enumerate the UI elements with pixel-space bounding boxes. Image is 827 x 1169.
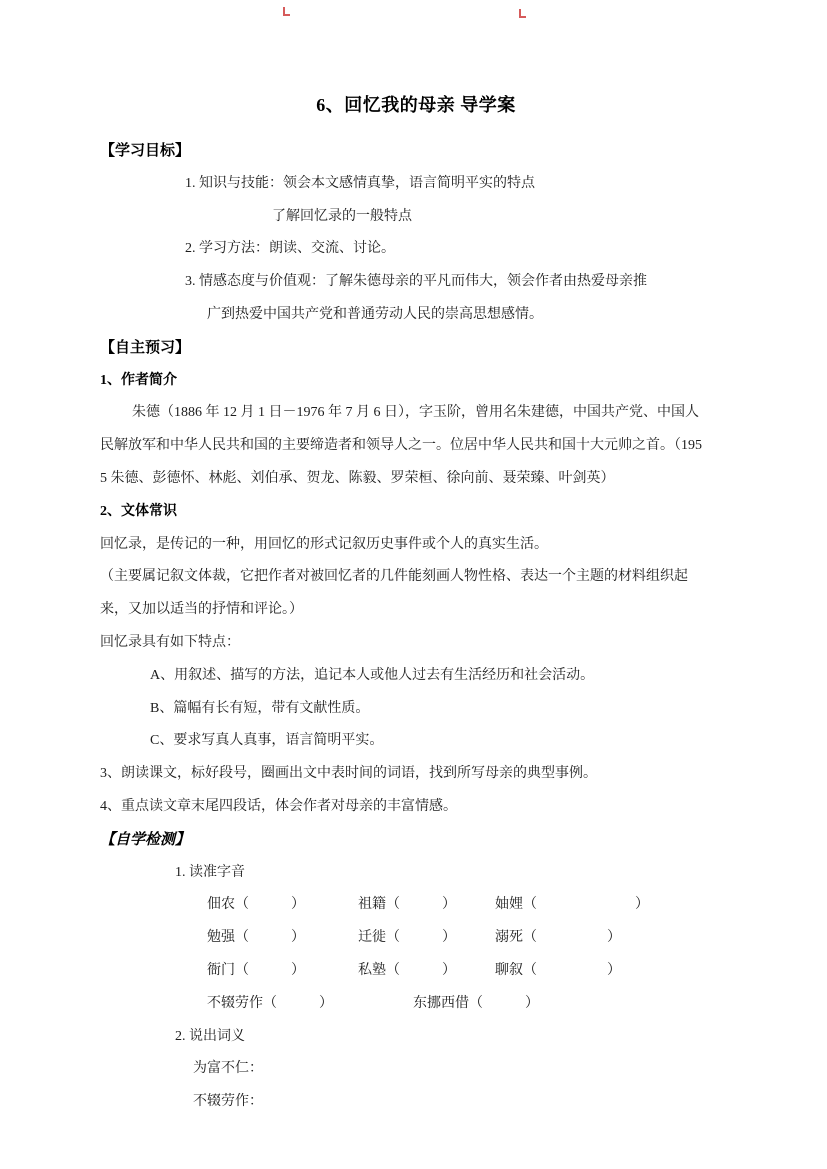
task-item: 3、朗读课文，标好段号，圈画出文中表时间的词语，找到所写母亲的典型事例。 xyxy=(100,758,732,791)
red-annotation-mark-icon xyxy=(283,7,290,16)
paragraph-line: 朱德（1886 年 12 月 1 日－1976 年 7 月 6 日），字玉阶，曾… xyxy=(100,397,732,430)
feature-item-c: C、要求写真人真事，语言简明平实。 xyxy=(100,725,732,758)
vocab-item: 私塾（ ） xyxy=(358,955,456,988)
section-header-learning-goals: 【学习目标】 xyxy=(100,135,732,168)
term-definition-prompt: 为富不仁： xyxy=(100,1053,732,1086)
list-item-continuation: 广到热爱中国共产党和普通劳动人民的崇高思想感情。 xyxy=(100,299,732,332)
document-body: 6、回忆我的母亲 导学案 【学习目标】 1. 知识与技能：领会本文感情真挚，语言… xyxy=(100,89,732,1119)
vocab-item: 祖籍（ ） xyxy=(358,889,456,922)
vocab-item: 勉强（ ） xyxy=(207,922,305,955)
paragraph-line: （主要属记叙文体裁，它把作者对被回忆者的几件能刻画人物性格、表达一个主题的材料组… xyxy=(100,561,732,594)
vocab-item: 衙门（ ） xyxy=(207,955,305,988)
vocab-item: 迁徙（ ） xyxy=(358,922,456,955)
paragraph-line: 民解放军和中华人民共和国的主要缔造者和领导人之一。位居中华人民共和国十大元帅之首… xyxy=(100,430,732,463)
question-heading: 1. 读准字音 xyxy=(100,857,732,890)
list-item: 3. 情感态度与价值观：了解朱德母亲的平凡而伟大，领会作者由热爱母亲推 xyxy=(100,266,732,299)
paragraph-line: 来，又加以适当的抒情和评论。） xyxy=(100,594,732,627)
question-heading: 2. 说出词义 xyxy=(100,1021,732,1054)
page-title: 6、回忆我的母亲 导学案 xyxy=(100,89,732,122)
list-item: 1. 知识与技能：领会本文感情真挚，语言简明平实的特点 xyxy=(100,168,732,201)
vocab-item: 聊叙（ ） xyxy=(495,955,621,988)
document-page: 6、回忆我的母亲 导学案 【学习目标】 1. 知识与技能：领会本文感情真挚，语言… xyxy=(0,0,827,1169)
list-item-continuation: 了解回忆录的一般特点 xyxy=(100,201,732,234)
vocab-row: 勉强（ ） 迁徙（ ） 溺死（ ） xyxy=(100,922,732,955)
feature-item-b: B、篇幅有长有短，带有文献性质。 xyxy=(100,693,732,726)
vocab-item: 妯娌（ ） xyxy=(495,889,649,922)
section-header-preview: 【自主预习】 xyxy=(100,332,732,365)
section-header-self-check: 【自学检测】 xyxy=(100,824,732,857)
subsection-author-intro: 1、作者简介 xyxy=(100,365,732,398)
vocab-item: 不辍劳作（ ） xyxy=(207,988,333,1021)
subsection-genre-knowledge: 2、文体常识 xyxy=(100,496,732,529)
list-item: 2. 学习方法：朗读、交流、讨论。 xyxy=(100,233,732,266)
paragraph-line: 5 朱德、彭德怀、林彪、刘伯承、贺龙、陈毅、罗荣桓、徐向前、聂荣臻、叶剑英） xyxy=(100,463,732,496)
paragraph-line: 回忆录，是传记的一种，用回忆的形式记叙历史事件或个人的真实生活。 xyxy=(100,529,732,562)
task-item: 4、重点读文章末尾四段话，体会作者对母亲的丰富情感。 xyxy=(100,791,732,824)
vocab-item: 佃农（ ） xyxy=(207,889,305,922)
vocab-row: 衙门（ ） 私塾（ ） 聊叙（ ） xyxy=(100,955,732,988)
vocab-row: 佃农（ ） 祖籍（ ） 妯娌（ ） xyxy=(100,889,732,922)
vocab-item: 东挪西借（ ） xyxy=(413,988,539,1021)
term-definition-prompt: 不辍劳作： xyxy=(100,1086,732,1119)
red-annotation-mark-icon xyxy=(519,9,526,18)
vocab-item: 溺死（ ） xyxy=(495,922,621,955)
paragraph-line: 回忆录具有如下特点： xyxy=(100,627,732,660)
feature-item-a: A、用叙述、描写的方法，追记本人或他人过去有生活经历和社会活动。 xyxy=(100,660,732,693)
vocab-row: 不辍劳作（ ） 东挪西借（ ） xyxy=(100,988,732,1021)
